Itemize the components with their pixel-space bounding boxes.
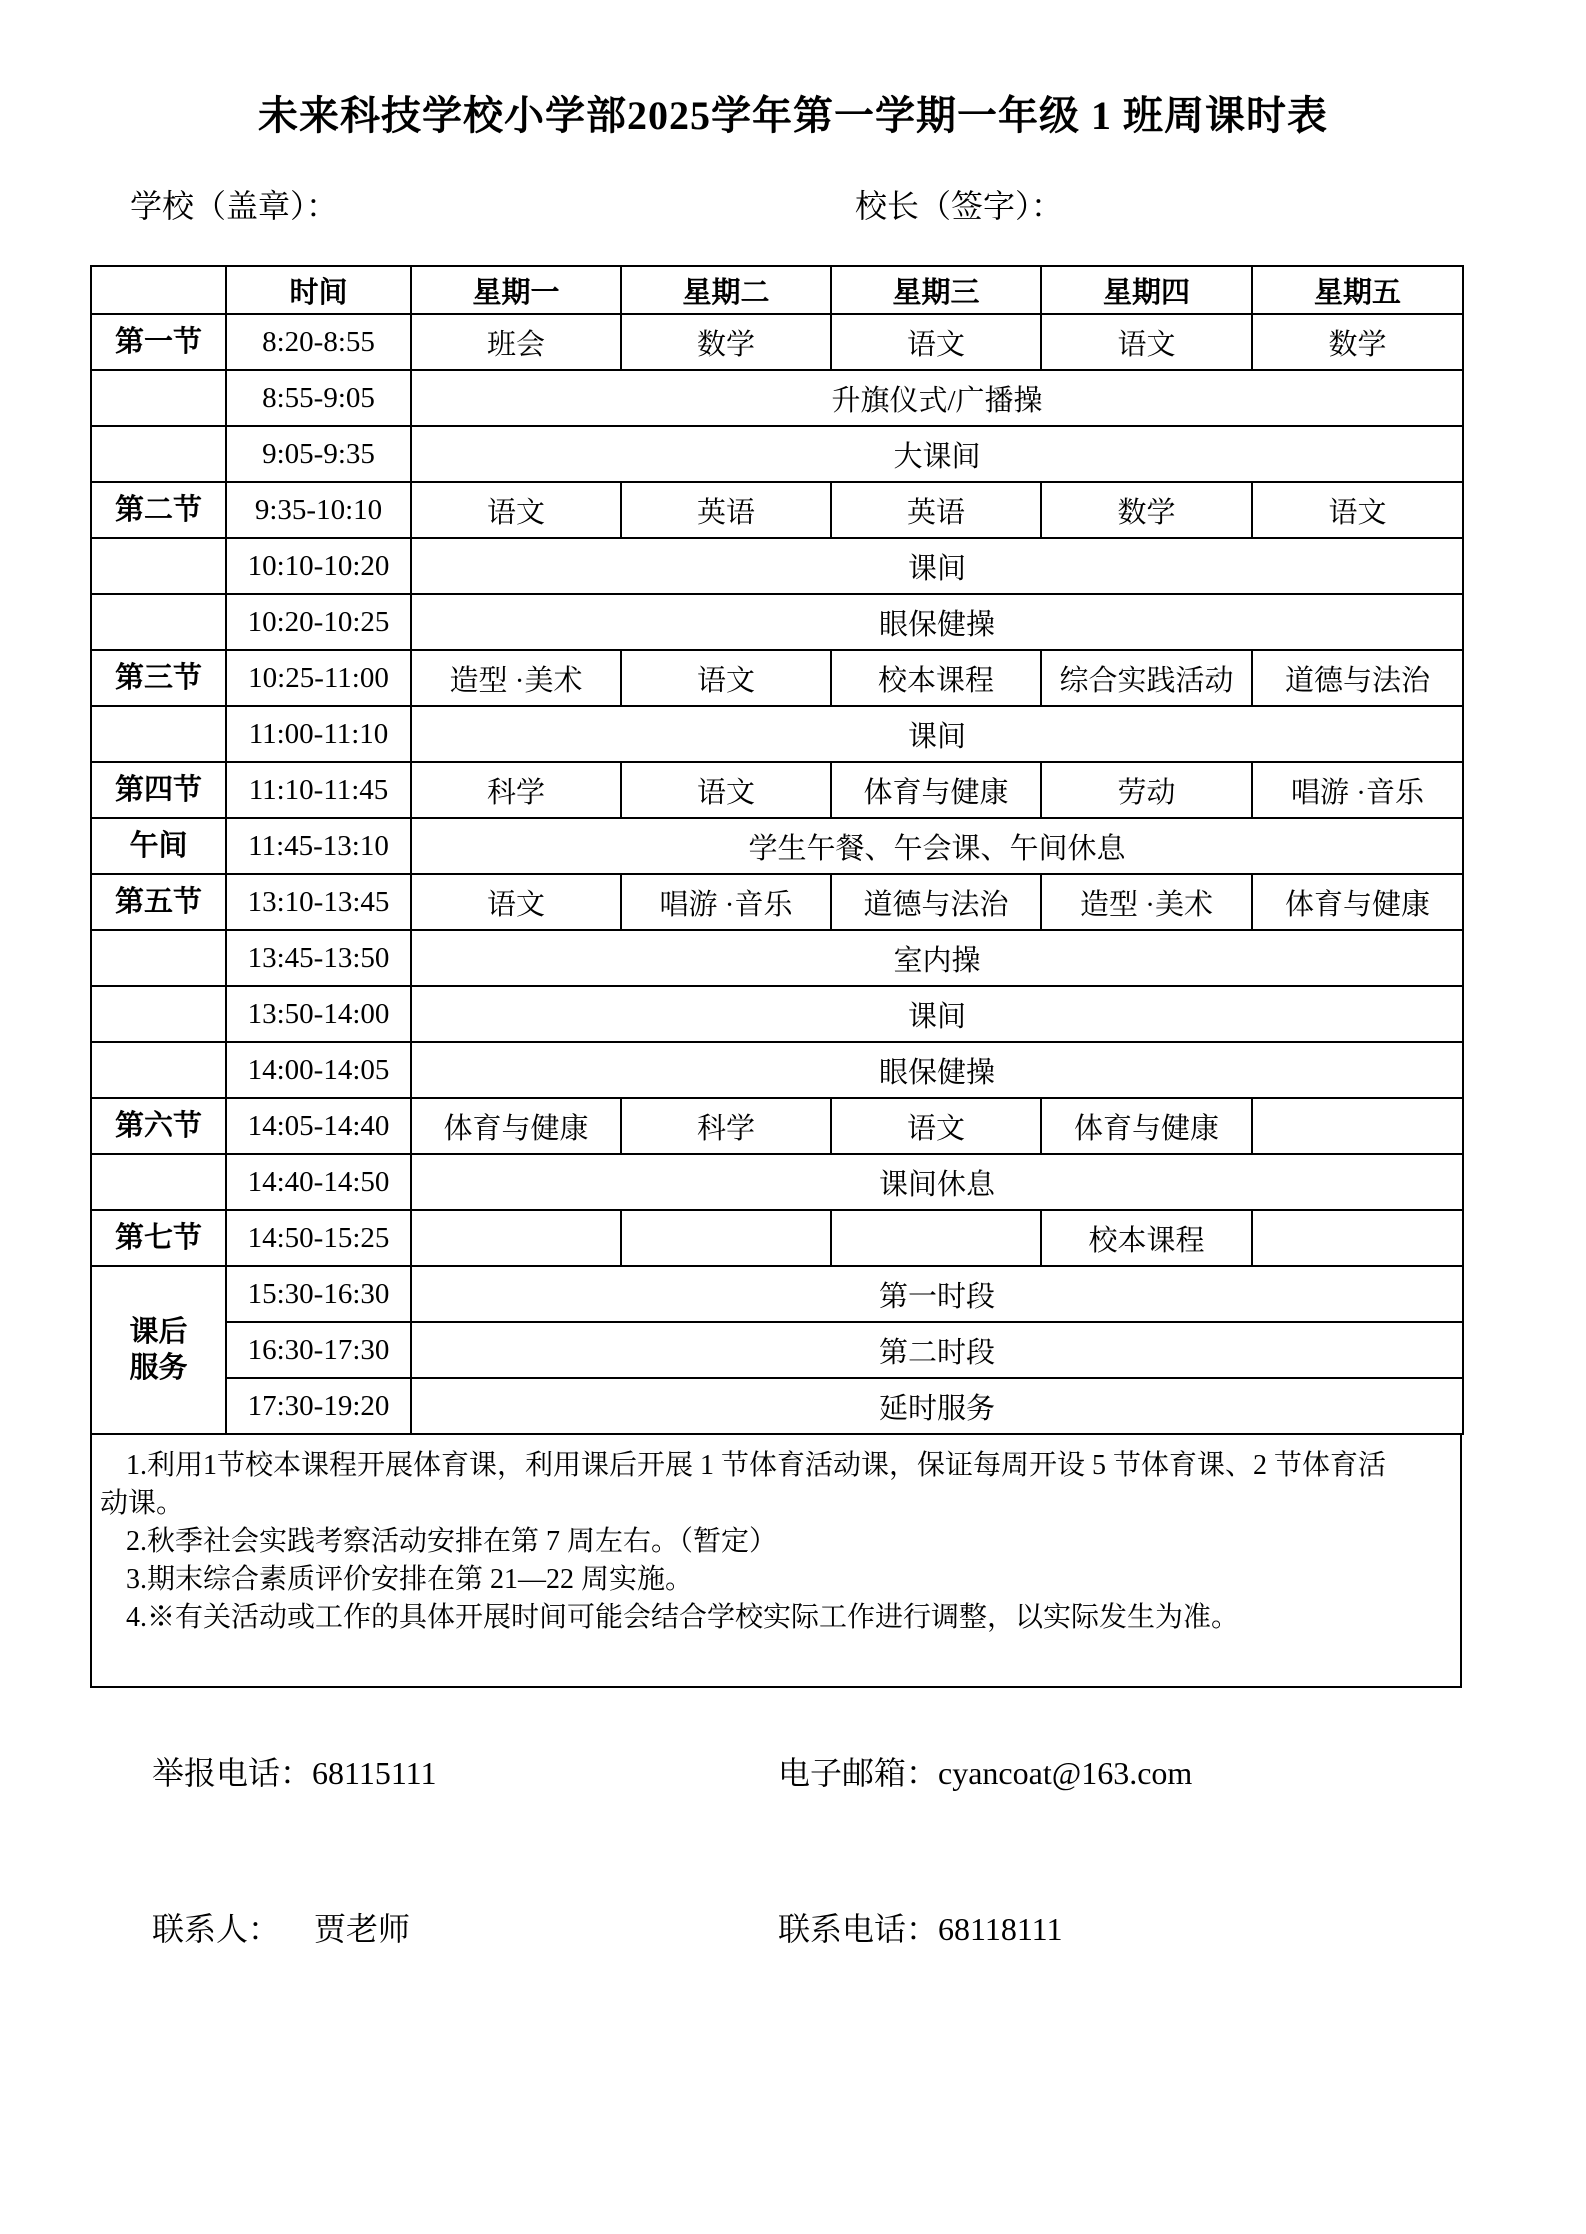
merged-activity-cell: 第二时段	[411, 1322, 1463, 1378]
subject-cell-3: 道德与法治	[831, 874, 1041, 930]
subject-cell-3: 语文	[831, 1098, 1041, 1154]
section-label-cell	[91, 1042, 226, 1098]
day-header-cell-4: 星期四	[1041, 266, 1252, 314]
day-header-cell-3: 星期三	[831, 266, 1041, 314]
time-cell: 14:05-14:40	[226, 1098, 411, 1154]
timetable-header-row: 时间星期一星期二星期三星期四星期五	[91, 266, 1463, 314]
subject-cell-2: 数学	[621, 314, 831, 370]
section-label-cell	[91, 594, 226, 650]
subject-cell-5: 道德与法治	[1252, 650, 1463, 706]
contact-person-value: 贾老师	[314, 1911, 410, 1947]
timetable-row-7: 第三节10:25-11:00造型 ·美术语文校本课程综合实践活动道德与法治	[91, 650, 1463, 706]
section-label-cell: 第五节	[91, 874, 226, 930]
subject-cell-4: 劳动	[1041, 762, 1252, 818]
merged-activity-cell: 大课间	[411, 426, 1463, 482]
section-label-cell	[91, 370, 226, 426]
section-label-cell	[91, 538, 226, 594]
subject-cell-1: 科学	[411, 762, 621, 818]
section-label-cell: 课后 服务	[91, 1266, 226, 1434]
contact-phone-label: 联系电话：	[778, 1911, 938, 1947]
day-header-cell-1: 星期一	[411, 266, 621, 314]
subject-cell-5	[1252, 1098, 1463, 1154]
timetable-row-14: 14:00-14:05眼保健操	[91, 1042, 1463, 1098]
section-label-cell: 午间	[91, 818, 226, 874]
section-label-cell	[91, 986, 226, 1042]
time-cell: 8:55-9:05	[226, 370, 411, 426]
merged-activity-cell: 室内操	[411, 930, 1463, 986]
subject-cell-5	[1252, 1210, 1463, 1266]
subject-cell-3: 校本课程	[831, 650, 1041, 706]
merged-activity-cell: 课间	[411, 706, 1463, 762]
note-line-5: 4.※有关活动或工作的具体开展时间可能会结合学校实际工作进行调整，以实际发生为准…	[92, 1599, 1460, 1637]
day-header-cell-2: 星期二	[621, 266, 831, 314]
subject-cell-5: 语文	[1252, 482, 1463, 538]
timetable-row-19: 16:30-17:30第二时段	[91, 1322, 1463, 1378]
page-title: 未来科技学校小学部2025学年第一学期一年级 1 班周课时表	[0, 0, 1586, 141]
time-cell: 10:25-11:00	[226, 650, 411, 706]
subject-cell-2: 英语	[621, 482, 831, 538]
section-label-cell: 第一节	[91, 314, 226, 370]
timetable-row-13: 13:50-14:00课间	[91, 986, 1463, 1042]
section-label-cell: 第二节	[91, 482, 226, 538]
time-header-cell: 时间	[226, 266, 411, 314]
time-cell: 15:30-16:30	[226, 1266, 411, 1322]
subject-cell-2: 唱游 ·音乐	[621, 874, 831, 930]
email-value: cyancoat@163.com	[938, 1755, 1192, 1791]
section-label-cell: 第七节	[91, 1210, 226, 1266]
timetable-row-16: 14:40-14:50课间休息	[91, 1154, 1463, 1210]
timetable-row-3: 9:05-9:35大课间	[91, 426, 1463, 482]
timetable-row-9: 第四节11:10-11:45科学语文体育与健康劳动唱游 ·音乐	[91, 762, 1463, 818]
report-phone: 举报电话：68115111	[152, 1748, 436, 1794]
subject-cell-4: 数学	[1041, 482, 1252, 538]
note-line-3: 2.秋季社会实践考察活动安排在第 7 周左右。（暂定）	[92, 1523, 1460, 1561]
timetable-row-6: 10:20-10:25眼保健操	[91, 594, 1463, 650]
timetable-head: 时间星期一星期二星期三星期四星期五	[91, 266, 1463, 314]
document-page: 未来科技学校小学部2025学年第一学期一年级 1 班周课时表 学校（盖章）： 校…	[0, 0, 1586, 2234]
merged-activity-cell: 课间	[411, 986, 1463, 1042]
day-header-cell-5: 星期五	[1252, 266, 1463, 314]
time-cell: 16:30-17:30	[226, 1322, 411, 1378]
subject-cell-2	[621, 1210, 831, 1266]
timetable-row-18: 课后 服务15:30-16:30第一时段	[91, 1266, 1463, 1322]
time-cell: 13:45-13:50	[226, 930, 411, 986]
contact-line-1: 举报电话：68115111 电子邮箱：cyancoat@163.com	[0, 1748, 1586, 1792]
time-cell: 11:10-11:45	[226, 762, 411, 818]
section-label-cell	[91, 426, 226, 482]
subject-cell-5: 唱游 ·音乐	[1252, 762, 1463, 818]
subject-cell-5: 体育与健康	[1252, 874, 1463, 930]
time-cell: 14:40-14:50	[226, 1154, 411, 1210]
time-cell: 11:45-13:10	[226, 818, 411, 874]
timetable-row-1: 第一节8:20-8:55班会数学语文语文数学	[91, 314, 1463, 370]
timetable-row-20: 17:30-19:20延时服务	[91, 1378, 1463, 1434]
subject-cell-4: 造型 ·美术	[1041, 874, 1252, 930]
contact-person: 联系人：贾老师	[152, 1904, 410, 1950]
merged-activity-cell: 第一时段	[411, 1266, 1463, 1322]
time-cell: 8:20-8:55	[226, 314, 411, 370]
corner-header-cell	[91, 266, 226, 314]
timetable-row-15: 第六节14:05-14:40体育与健康科学语文体育与健康	[91, 1098, 1463, 1154]
subject-cell-1: 班会	[411, 314, 621, 370]
note-line-2: 动课。	[92, 1485, 1460, 1523]
time-cell: 9:05-9:35	[226, 426, 411, 482]
subject-cell-4: 校本课程	[1041, 1210, 1252, 1266]
section-label-cell	[91, 1154, 226, 1210]
subject-cell-3: 语文	[831, 314, 1041, 370]
subject-cell-1	[411, 1210, 621, 1266]
merged-activity-cell: 课间休息	[411, 1154, 1463, 1210]
time-cell: 14:00-14:05	[226, 1042, 411, 1098]
subject-cell-3: 英语	[831, 482, 1041, 538]
merged-activity-cell: 学生午餐、午会课、午间休息	[411, 818, 1463, 874]
timetable-row-17: 第七节14:50-15:25校本课程	[91, 1210, 1463, 1266]
timetable-row-10: 午间11:45-13:10学生午餐、午会课、午间休息	[91, 818, 1463, 874]
subject-cell-2: 科学	[621, 1098, 831, 1154]
subject-cell-4: 语文	[1041, 314, 1252, 370]
time-cell: 9:35-10:10	[226, 482, 411, 538]
contact-person-label: 联系人：	[152, 1911, 280, 1947]
merged-activity-cell: 课间	[411, 538, 1463, 594]
timetable-row-12: 13:45-13:50室内操	[91, 930, 1463, 986]
merged-activity-cell: 升旗仪式/广播操	[411, 370, 1463, 426]
timetable-row-11: 第五节13:10-13:45语文唱游 ·音乐道德与法治造型 ·美术体育与健康	[91, 874, 1463, 930]
time-cell: 13:50-14:00	[226, 986, 411, 1042]
notes-box: 1.利用1节校本课程开展体育课，利用课后开展 1 节体育活动课，保证每周开设 5…	[90, 1433, 1462, 1688]
subject-cell-2: 语文	[621, 650, 831, 706]
subject-cell-1: 体育与健康	[411, 1098, 621, 1154]
stamp-line: 学校（盖章）： 校长（签字）：	[0, 181, 1586, 225]
subject-cell-2: 语文	[621, 762, 831, 818]
principal-signature-label: 校长（签字）：	[855, 181, 1063, 227]
timetable-row-5: 10:10-10:20课间	[91, 538, 1463, 594]
report-phone-label: 举报电话：	[152, 1755, 312, 1791]
merged-activity-cell: 眼保健操	[411, 1042, 1463, 1098]
email: 电子邮箱：cyancoat@163.com	[778, 1748, 1192, 1794]
note-line-1: 1.利用1节校本课程开展体育课，利用课后开展 1 节体育活动课，保证每周开设 5…	[92, 1447, 1460, 1485]
time-cell: 10:10-10:20	[226, 538, 411, 594]
timetable-body: 第一节8:20-8:55班会数学语文语文数学8:55-9:05升旗仪式/广播操9…	[91, 314, 1463, 1434]
timetable-row-2: 8:55-9:05升旗仪式/广播操	[91, 370, 1463, 426]
email-label: 电子邮箱：	[778, 1755, 938, 1791]
subject-cell-4: 综合实践活动	[1041, 650, 1252, 706]
time-cell: 13:10-13:45	[226, 874, 411, 930]
subject-cell-3	[831, 1210, 1041, 1266]
subject-cell-4: 体育与健康	[1041, 1098, 1252, 1154]
time-cell: 11:00-11:10	[226, 706, 411, 762]
section-label-cell: 第三节	[91, 650, 226, 706]
timetable-row-8: 11:00-11:10课间	[91, 706, 1463, 762]
contact-phone: 联系电话：68118111	[778, 1904, 1062, 1950]
section-label-cell	[91, 706, 226, 762]
contact-phone-value: 68118111	[938, 1911, 1062, 1947]
school-stamp-label: 学校（盖章）：	[130, 181, 338, 227]
section-label-cell: 第六节	[91, 1098, 226, 1154]
report-phone-value: 68115111	[312, 1755, 436, 1791]
timetable-row-4: 第二节9:35-10:10语文英语英语数学语文	[91, 482, 1463, 538]
section-label-cell	[91, 930, 226, 986]
section-label-cell: 第四节	[91, 762, 226, 818]
time-cell: 14:50-15:25	[226, 1210, 411, 1266]
subject-cell-5: 数学	[1252, 314, 1463, 370]
subject-cell-3: 体育与健康	[831, 762, 1041, 818]
merged-activity-cell: 眼保健操	[411, 594, 1463, 650]
weekly-timetable: 时间星期一星期二星期三星期四星期五 第一节8:20-8:55班会数学语文语文数学…	[90, 265, 1464, 1435]
time-cell: 17:30-19:20	[226, 1378, 411, 1434]
merged-activity-cell: 延时服务	[411, 1378, 1463, 1434]
note-line-4: 3.期末综合素质评价安排在第 21—22 周实施。	[92, 1561, 1460, 1599]
time-cell: 10:20-10:25	[226, 594, 411, 650]
contact-line-2: 联系人：贾老师 联系电话：68118111	[0, 1904, 1586, 1948]
subject-cell-1: 语文	[411, 874, 621, 930]
subject-cell-1: 造型 ·美术	[411, 650, 621, 706]
subject-cell-1: 语文	[411, 482, 621, 538]
